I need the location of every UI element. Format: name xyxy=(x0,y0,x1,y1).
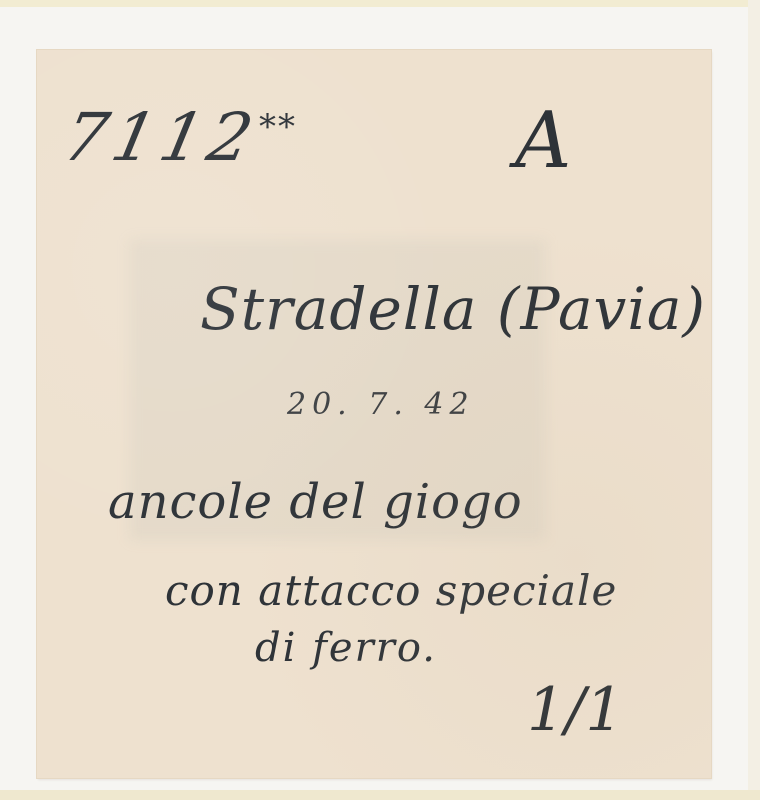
catalog-marks: ** xyxy=(259,110,297,144)
mount-right-edge xyxy=(748,0,760,800)
date: 20. 7. 42 xyxy=(287,390,475,420)
mount-bottom-strip xyxy=(0,790,760,800)
mount-top-strip xyxy=(0,0,760,7)
place-name: Stradella (Pavia) xyxy=(200,280,706,338)
label-card: 7112 ** A Stradella (Pavia) 20. 7. 42 an… xyxy=(37,50,711,778)
series-letter: A xyxy=(515,102,571,180)
description-line-3: di ferro. xyxy=(255,628,437,668)
description-line-2: con attacco speciale xyxy=(165,570,617,612)
sheet-count: 1/1 xyxy=(527,680,624,740)
catalog-number: 7112 xyxy=(58,105,264,171)
description-line-1: ancole del giogo xyxy=(108,478,523,526)
